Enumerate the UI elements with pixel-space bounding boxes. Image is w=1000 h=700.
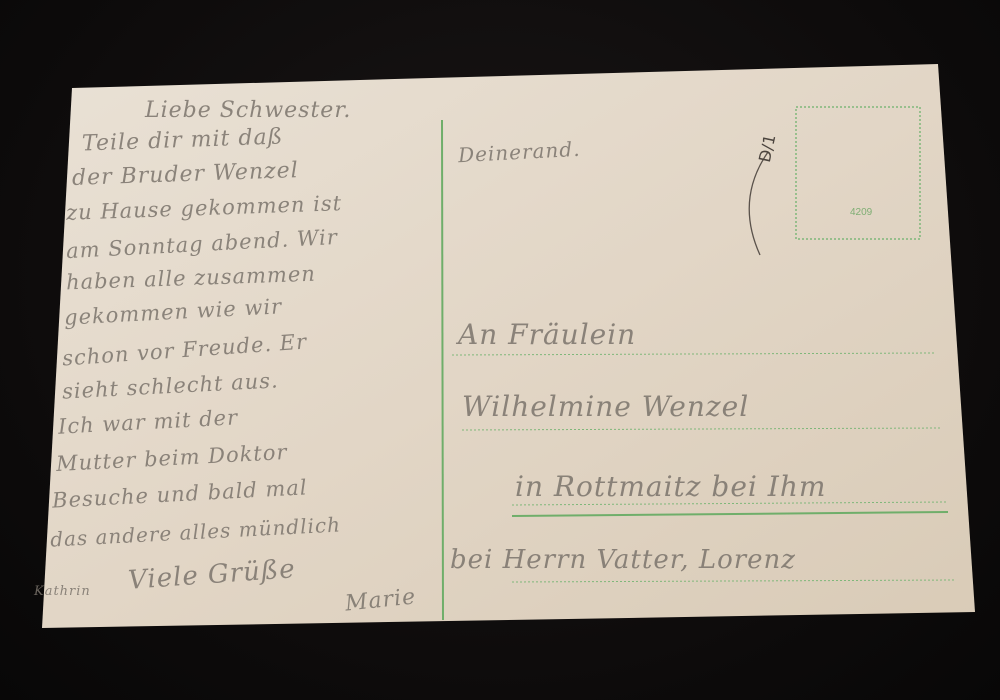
margin-note: Kathrin <box>34 584 91 599</box>
postcard-photo: 4209 D/1 Liebe Schwester. Teile dir mit … <box>0 0 1000 700</box>
stamp-box-number: 4209 <box>850 207 872 218</box>
address-line-care-of: bei Herrn Vatter, Lorenz <box>450 545 796 575</box>
address-line-town: in Rottmaitz bei Ihm <box>515 470 826 503</box>
address-line-recipient-name: Wilhelmine Wenzel <box>462 390 749 423</box>
divider-line <box>442 120 443 620</box>
message-line: Liebe Schwester. <box>145 98 351 123</box>
address-line-recipient-title: An Fräulein <box>458 318 636 351</box>
